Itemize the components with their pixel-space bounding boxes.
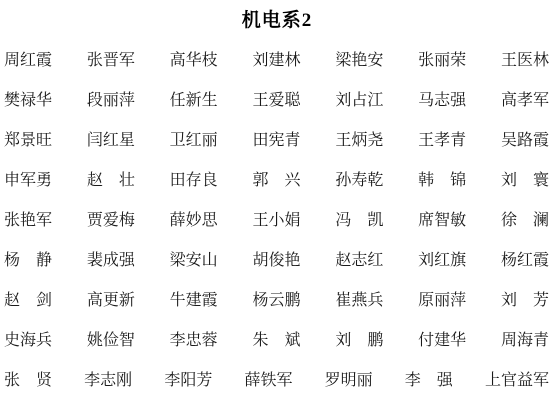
name-cell: 胡俊艳 [252,247,300,270]
name-cell: 杨云鹏 [252,287,300,310]
name-cell: 姚俭智 [87,327,135,350]
name-cell: 冯 凯 [335,207,383,230]
name-cell: 杨红霞 [501,247,549,270]
name-cell: 牛建霞 [170,287,218,310]
name-cell: 薛铁军 [244,367,292,390]
page-title: 机电系2 [0,8,554,34]
name-cell: 李 强 [405,367,453,390]
name-cell: 郑景旺 [4,127,52,150]
name-cell: 梁安山 [170,247,218,270]
name-cell: 王炳尧 [335,127,383,150]
name-cell: 薛妙思 [170,207,218,230]
name-cell: 朱 斌 [252,327,300,350]
page: 机电系2 周红霞张晋军高华枝刘建林梁艳安张丽荣王医林樊禄华段丽萍任新生王爱聪刘占… [0,8,554,397]
name-cell: 卫红丽 [170,127,218,150]
name-cell: 徐 澜 [501,207,549,230]
name-cell: 田存良 [170,167,218,190]
name-cell: 杨 静 [4,247,52,270]
name-cell: 张丽荣 [418,47,466,70]
name-cell: 赵志红 [335,247,383,270]
name-cell: 原丽萍 [418,287,466,310]
name-row: 申军勇赵 壮田存良郭 兴孙寿乾韩 锦刘 寰 [4,158,549,198]
name-cell: 张晋军 [87,47,135,70]
name-cell: 闫红星 [87,127,135,150]
name-cell: 高孝军 [501,87,549,110]
name-cell: 付建华 [418,327,466,350]
name-cell: 王爱聪 [252,87,300,110]
name-cell: 李忠蓉 [170,327,218,350]
name-cell: 刘 芳 [501,287,549,310]
name-cell: 刘占江 [335,87,383,110]
name-cell: 赵 剑 [4,287,52,310]
name-cell: 申军勇 [4,167,52,190]
name-cell: 郭 兴 [252,167,300,190]
name-row: 赵 剑高更新牛建霞杨云鹏崔燕兵原丽萍刘 芳 [4,278,549,318]
name-cell: 段丽萍 [87,87,135,110]
name-cell: 李阳芳 [164,367,212,390]
name-cell: 高华枝 [170,47,218,70]
name-cell: 赵 壮 [87,167,135,190]
name-cell: 刘 寰 [501,167,549,190]
name-cell: 任新生 [170,87,218,110]
name-cell: 李志刚 [84,367,132,390]
name-table: 周红霞张晋军高华枝刘建林梁艳安张丽荣王医林樊禄华段丽萍任新生王爱聪刘占江马志强高… [0,38,554,397]
name-row: 周红霞张晋军高华枝刘建林梁艳安张丽荣王医林 [4,38,549,78]
name-cell: 周红霞 [4,47,52,70]
name-row: 郑景旺闫红星卫红丽田宪青王炳尧王孝青吴路霞 [4,118,549,158]
name-cell: 席智敏 [418,207,466,230]
name-cell: 韩 锦 [418,167,466,190]
name-row: 樊禄华段丽萍任新生王爱聪刘占江马志强高孝军 [4,78,549,118]
name-cell: 刘建林 [252,47,300,70]
name-cell: 贾爱梅 [87,207,135,230]
name-cell: 王小娟 [252,207,300,230]
name-cell: 上官益军 [485,367,549,390]
name-row: 杨 静裴成强梁安山胡俊艳赵志红刘红旗杨红霞 [4,238,549,278]
name-cell: 梁艳安 [335,47,383,70]
name-cell: 王医林 [501,47,549,70]
name-row: 张艳军贾爱梅薛妙思王小娟冯 凯席智敏徐 澜 [4,198,549,238]
name-cell: 裴成强 [87,247,135,270]
name-cell: 田宪青 [252,127,300,150]
name-cell: 崔燕兵 [335,287,383,310]
name-cell: 高更新 [87,287,135,310]
name-cell: 周海青 [501,327,549,350]
name-cell: 樊禄华 [4,87,52,110]
name-cell: 张艳军 [4,207,52,230]
name-cell: 张 贤 [4,367,52,390]
name-cell: 刘 鹏 [335,327,383,350]
name-cell: 刘红旗 [418,247,466,270]
name-cell: 王孝青 [418,127,466,150]
name-cell: 史海兵 [4,327,52,350]
name-cell: 吴路霞 [501,127,549,150]
name-row: 史海兵姚俭智李忠蓉朱 斌刘 鹏付建华周海青 [4,318,549,358]
name-row: 张 贤李志刚李阳芳薛铁军罗明丽李 强上官益军 [4,358,549,397]
name-cell: 罗明丽 [325,367,373,390]
name-cell: 孙寿乾 [335,167,383,190]
name-cell: 马志强 [418,87,466,110]
